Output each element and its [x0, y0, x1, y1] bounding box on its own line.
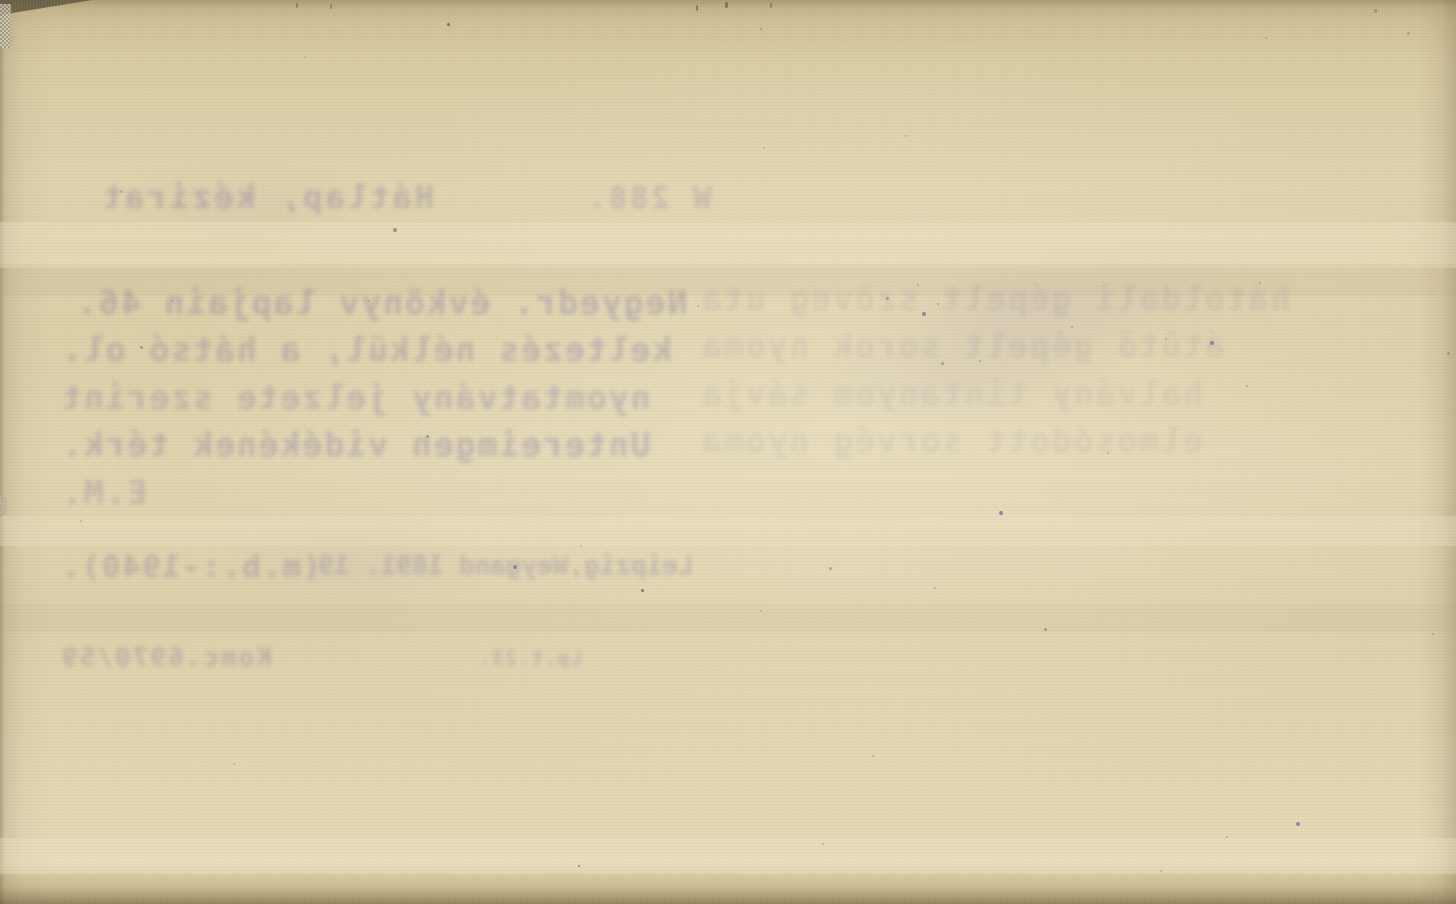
ink-speck	[696, 5, 698, 11]
ink-speck	[1432, 633, 1434, 635]
ghost-text-line: Untereimgen vidékének térk.	[60, 425, 650, 464]
ghost-text-line: átütő gépelt sorok nyoma	[700, 326, 1225, 365]
ink-speck	[770, 3, 772, 8]
ink-speck	[233, 763, 235, 765]
scanned-card-verso: Hátlap, kéziratW 288.Negyedr. évkönyv la…	[0, 0, 1456, 904]
ink-speck	[872, 755, 874, 757]
ghost-text-line: keltezés nélkül, a hátsó ol.	[60, 330, 672, 369]
ink-bleed-mottling	[0, 0, 1456, 904]
scan-band	[0, 604, 1456, 632]
ink-speck	[1296, 822, 1300, 826]
ink-speck	[426, 435, 429, 438]
ink-speck	[1107, 452, 1109, 454]
scan-band	[0, 222, 1456, 268]
ink-speck	[1447, 352, 1450, 355]
ink-speck	[905, 135, 907, 137]
ghost-text-line: Komc.6970/59	[60, 643, 272, 673]
ink-speck	[304, 56, 306, 58]
ink-speck	[1165, 338, 1167, 340]
ink-speck	[725, 2, 728, 8]
ghost-text-line: Hátlap, kézirat	[100, 178, 434, 216]
ink-speck	[760, 28, 762, 30]
ink-speck	[172, 300, 174, 302]
ink-speck	[140, 346, 143, 349]
ghost-text-line: (m.b.:-1940).	[60, 550, 321, 585]
ghost-text-line: E.M.	[60, 473, 147, 512]
ink-speck	[1210, 341, 1214, 345]
scanner-background-halftone-patch	[0, 4, 11, 48]
ink-speck	[513, 565, 517, 569]
ink-speck	[999, 511, 1003, 515]
ghost-text-line: elmosódott sorvég nyoma	[700, 421, 1203, 460]
ink-speck	[922, 312, 926, 316]
scan-edge-corner-shadow	[0, 0, 92, 15]
ghost-text-line: W 288.	[585, 181, 711, 216]
ink-speck	[1071, 326, 1073, 328]
ink-speck	[1265, 37, 1267, 39]
ghost-text-line: halvány tintanyom sávja	[700, 374, 1203, 413]
ink-speck-layer	[0, 0, 1456, 904]
paper-grain-overlay	[0, 0, 1456, 904]
ink-speck	[979, 360, 981, 362]
ink-speck	[1374, 9, 1377, 13]
scanner-background-halftone-patch	[0, 497, 7, 515]
ink-speck	[330, 4, 332, 9]
ink-speck	[641, 589, 644, 592]
ink-speck	[763, 147, 765, 149]
scan-band	[0, 516, 1456, 546]
ink-speck	[1246, 385, 1248, 387]
ink-speck	[296, 3, 298, 8]
ink-speck	[941, 362, 944, 365]
ink-speck	[886, 297, 889, 300]
ghost-text-line: Lp.t.23.	[478, 646, 582, 670]
ink-speck	[829, 567, 832, 570]
ink-speck	[368, 300, 370, 302]
scan-band	[0, 264, 1456, 296]
ghost-text-line: Leipzig,Weygand 1891. 19	[318, 551, 694, 581]
ink-speck	[697, 305, 699, 307]
ink-speck	[1407, 32, 1410, 35]
ghost-text-line: nyomtatvány jelzete szerint	[60, 378, 650, 417]
scan-band	[0, 838, 1456, 874]
ghost-text-layer: Hátlap, kéziratW 288.Negyedr. évkönyv la…	[0, 0, 1456, 904]
ink-speck	[934, 587, 936, 589]
ink-speck	[937, 303, 939, 305]
ink-speck	[120, 190, 123, 193]
ink-speck	[447, 23, 450, 26]
